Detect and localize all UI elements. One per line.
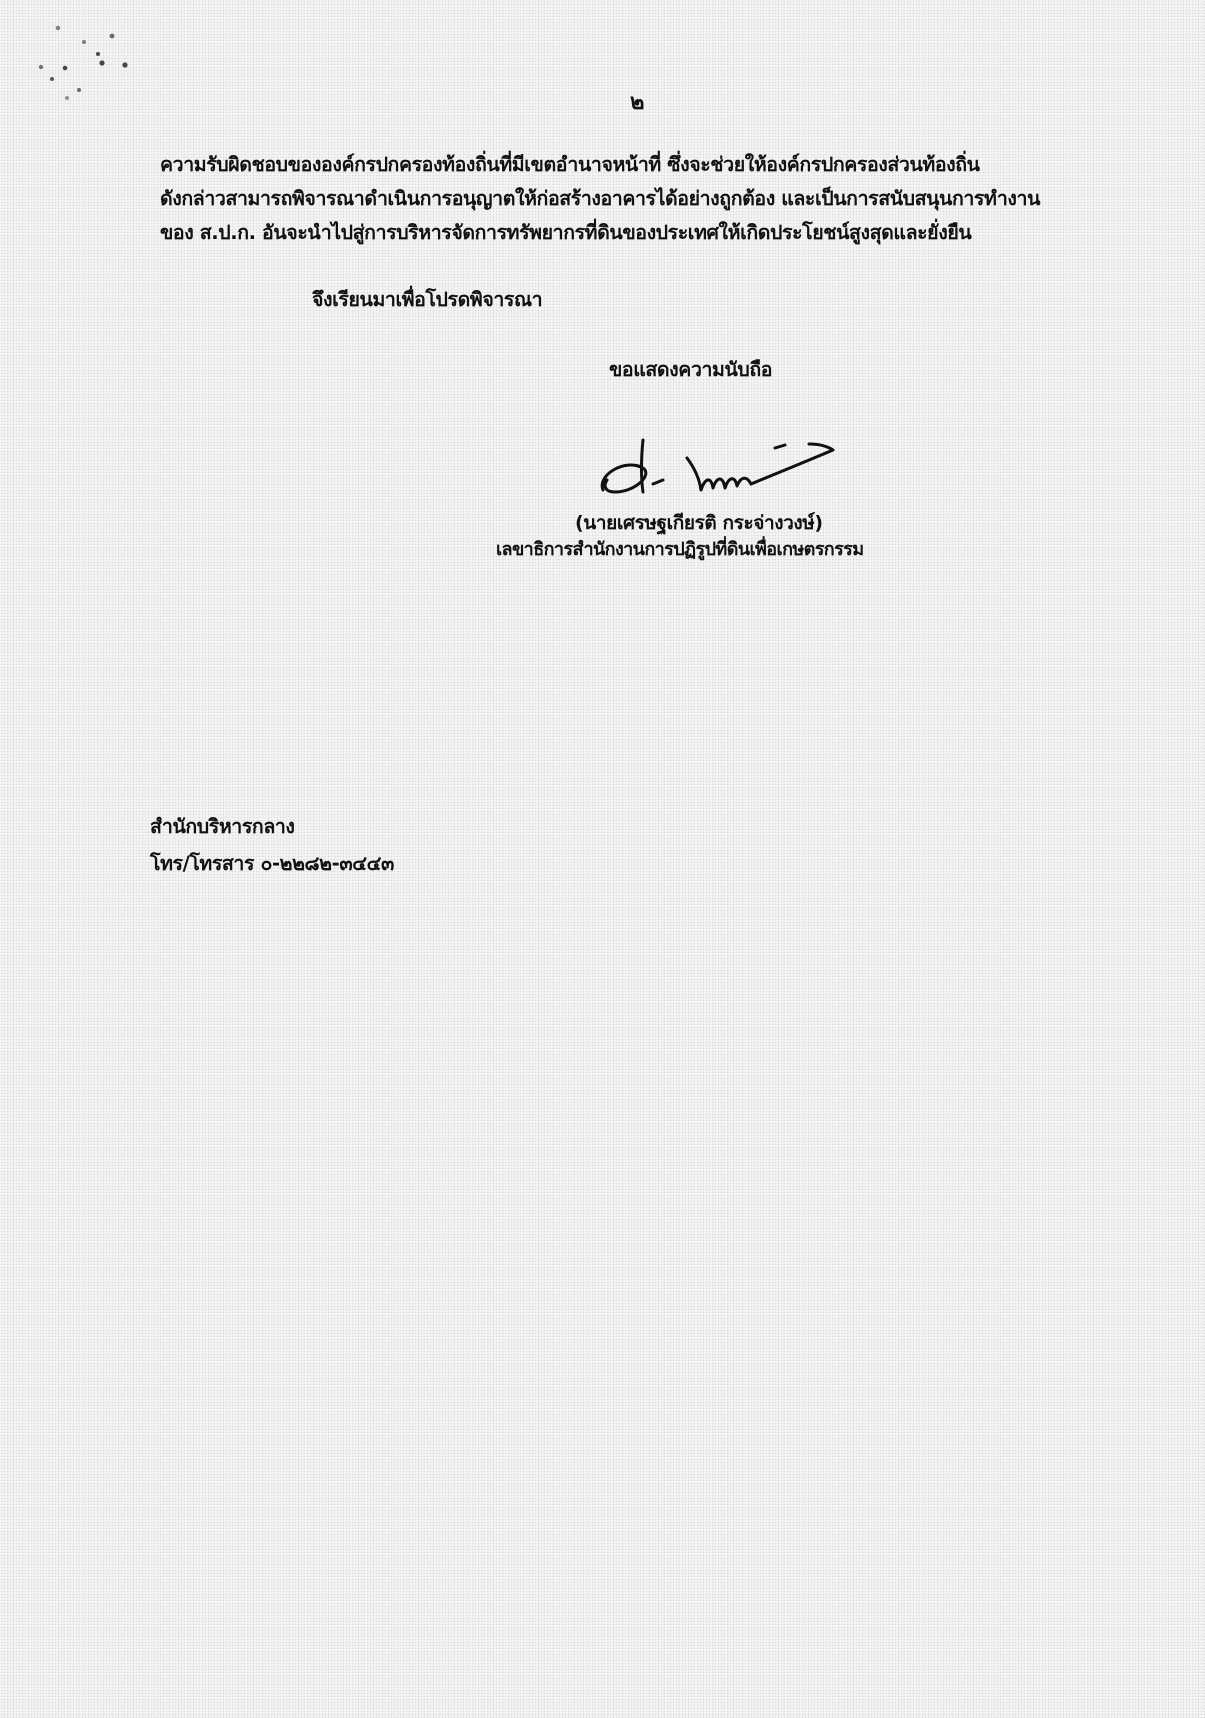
body-line: ความรับผิดชอบขององค์กรปกครองท้องถิ่นที่ม… bbox=[160, 148, 1100, 182]
body-line: ของ ส.ป.ก. อันจะนำไปสู่การบริหารจัดการทร… bbox=[160, 216, 1100, 250]
body-paragraph: ความรับผิดชอบขององค์กรปกครองท้องถิ่นที่ม… bbox=[160, 148, 1100, 250]
page-number: ๒ bbox=[630, 84, 645, 119]
closing-request: จึงเรียนมาเพื่อโปรดพิจารณา bbox=[312, 284, 542, 315]
complimentary-close: ขอแสดงความนับถือ bbox=[609, 354, 772, 385]
office-contact: โทร/โทรสาร ๐-๒๒๘๒-๓๔๔๓ bbox=[150, 845, 394, 882]
office-block: สำนักบริหารกลาง โทร/โทรสาร ๐-๒๒๘๒-๓๔๔๓ bbox=[150, 808, 394, 882]
signer-title: เลขาธิการสำนักงานการปฏิรูปที่ดินเพื่อเกษ… bbox=[496, 534, 864, 563]
body-line: ดังกล่าวสามารถพิจารณาดำเนินการอนุญาตให้ก… bbox=[160, 182, 1100, 216]
office-name: สำนักบริหารกลาง bbox=[150, 808, 394, 845]
signature-icon bbox=[595, 420, 845, 505]
scan-speckle-marks bbox=[28, 10, 148, 100]
document-page: ๒ ความรับผิดชอบขององค์กรปกครองท้องถิ่นที… bbox=[0, 0, 1205, 1718]
